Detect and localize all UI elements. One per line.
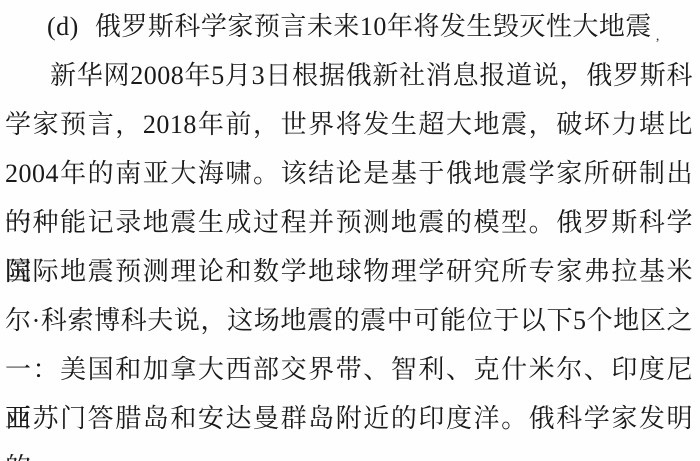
scanned-document-page: (d)俄罗斯科学家预言未来10年将发生毁灭性大地震, 新华网2008年5月3日根… [0,0,700,461]
heading-text: 俄罗斯科学家预言未来10年将发生毁灭性大地震 [95,12,652,41]
stray-comma-mark: , [656,29,660,44]
text-line: 新华网2008年5月3日根据俄新社消息报道说，俄罗斯科 [5,51,693,100]
text-line: 一种能记录地震生成过程并预测地震的模型。俄罗斯科学院 [5,198,693,247]
list-item-label: (d) [47,2,79,51]
text-line: 2004年的南亚大海啸。该结论是基于俄地震学家所研制出的 [5,149,693,198]
text-line: 尔·科索博科夫说，这场地震的震中可能位于以下5个地区之 [5,296,693,345]
text-line: 亚苏门答腊岛和安达曼群岛附近的印度洋。俄科学家发明的 [5,394,693,443]
paragraph-heading-line: (d)俄罗斯科学家预言未来10年将发生毁灭性大地震, [5,2,693,51]
text-line: 学家预言，2018年前，世界将发生超大地震，破坏力堪比 [5,100,693,149]
text-line: 一：美国和加拿大西部交界带、智利、克什米尔、印度尼西 [5,345,693,394]
text-line: 国际地震预测理论和数学地球物理学研究所专家弗拉基米 [5,247,693,296]
